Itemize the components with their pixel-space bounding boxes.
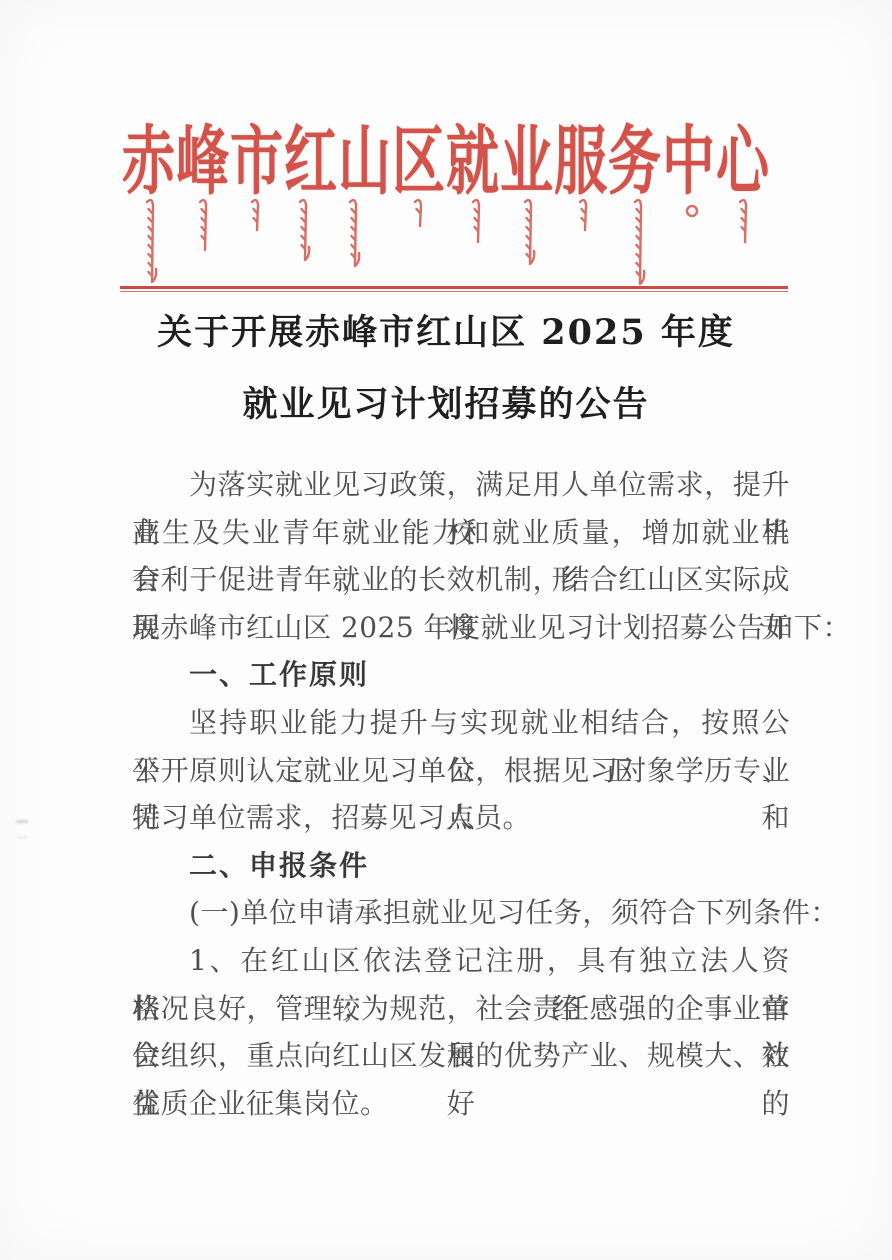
body-line: 展赤峰市红山区 2025 年度就业见习计划招募公告如下：: [132, 604, 790, 652]
document-title-line-1: 关于开展赤峰市红山区 2025 年度: [0, 305, 892, 355]
body-line: 有利于促进青年就业的长效机制，结合红山区实际，现将开: [132, 556, 790, 604]
scan-artifact-mark: [16, 820, 28, 823]
letterhead-org-name: 赤峰市红山区就业服务中心: [0, 102, 892, 210]
mongolian-script-svg: [130, 198, 770, 293]
body-line: 1、在红山区依法登记注册，具有独立法人资格；经营: [132, 937, 790, 985]
body-line: 业生及失业青年就业能力和就业质量，增加就业机会，形成: [132, 509, 790, 557]
body-line: 坚持职业能力提升与实现就业相结合，按照公平、公正、: [132, 699, 790, 747]
mongolian-script-line: [130, 198, 770, 293]
body-line: 状况良好，管理较为规范，社会责任感强的企事业单位和社: [132, 985, 790, 1033]
body-line: 会组织，重点向红山区发展的优势产业、规模大、效益好的: [132, 1032, 790, 1080]
body-line: (一)单位申请承担就业见习任务，须符合下列条件：: [132, 889, 790, 937]
section-heading: 二、申报条件: [132, 842, 790, 890]
body-line: 公开原则认定就业见习单位，根据见习对象学历专业特点和: [132, 747, 790, 795]
section-heading: 一、工作原则: [132, 651, 790, 699]
body-line: 为落实就业见习政策，满足用人单位需求，提升高校毕: [132, 461, 790, 509]
document-body: 为落实就业见习政策，满足用人单位需求，提升高校毕 业生及失业青年就业能力和就业质…: [132, 461, 790, 1127]
document-title-line-2: 就业见习计划招募的公告: [0, 377, 892, 427]
scanned-document-page: 赤峰市红山区就业服务中心 关于开展赤峰市红山区 2025 年度 就业见习计划招募…: [0, 0, 892, 1260]
letterhead-divider-rule: [120, 286, 788, 292]
